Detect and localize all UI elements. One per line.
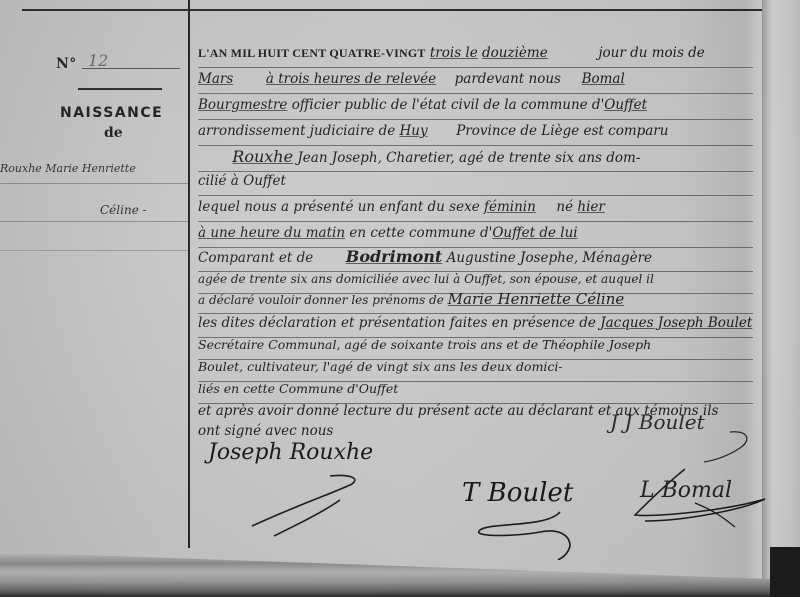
month-fill: Mars (198, 71, 233, 87)
commune-label: en cette commune d' (349, 225, 492, 241)
printed-year-prefix: L'AN MIL HUIT CENT QUATRE-VINGT (198, 46, 426, 60)
commune-fill: Ouffet (604, 97, 647, 113)
witness-domicile: liés en cette Commune d'Ouffet (198, 381, 398, 396)
act-line-3: Bourgmestre officier public de l'état ci… (198, 94, 753, 120)
naissance-de: de (104, 125, 123, 141)
declarant-details: Jean Joseph, Charetier, agé de trente si… (297, 150, 640, 166)
province-label: Province de Liège est comparu (456, 123, 668, 139)
act-line-6: cilié à Ouffet (198, 170, 753, 196)
birth-time-fill: à une heure du matin (198, 225, 345, 241)
born-label: né (556, 199, 573, 215)
year-fill: trois le (430, 45, 478, 61)
signature-flourish (625, 465, 775, 530)
month-label: jour du mois de (598, 45, 704, 61)
entry-number-value: 12 (82, 51, 180, 69)
witness-1-name: Jacques Joseph Boulet (600, 315, 752, 331)
witnesses-label: les dites déclaration et présentation fa… (198, 315, 596, 331)
arrondissement-fill: Huy (400, 123, 428, 139)
mother-domicile: agée de trente six ans domiciliée avec l… (198, 272, 654, 286)
act-line-7: lequel nous a présenté un enfant du sexe… (198, 196, 753, 222)
entry-number-label: N° (56, 56, 77, 72)
document-page: N° 12 NAISSANCE de Rouxhe Marie Henriett… (0, 0, 800, 597)
act-line-1: L'AN MIL HUIT CENT QUATRE-VINGT trois le… (198, 42, 753, 68)
signature-flourish (240, 470, 380, 540)
margin-child-name-2: Céline - (100, 203, 147, 217)
presented-label: lequel nous a présenté un enfant du sexe (198, 199, 480, 215)
act-line-4: arrondissement judiciaire de Huy Provinc… (198, 120, 753, 146)
witness-2-details: Boulet, cultivateur, l'agé de vingt six … (198, 359, 563, 374)
signature-witness-2: T Boulet (462, 478, 573, 508)
day-fill: douzième (482, 45, 548, 61)
officer-label: officier public de l'état civil de la co… (292, 97, 605, 113)
mother-surname: Bodrimont (346, 247, 443, 266)
pardevant-label: pardevant nous (455, 71, 561, 87)
witness-details: Secrétaire Communal, agé de soixante tro… (198, 337, 651, 352)
officer-title-fill: Bourgmestre (198, 97, 287, 113)
margin-child-name: Rouxhe Marie Henriette (0, 162, 136, 175)
act-line-2: Mars à trois heures de relevée pardevant… (198, 68, 753, 94)
naissance-heading: NAISSANCE (60, 105, 163, 121)
declarant-domicile: cilié à Ouffet (198, 173, 286, 189)
margin-rule (0, 250, 188, 251)
signed-with-us: ont signé avec nous (198, 423, 333, 439)
officer-name-fill: Bomal (582, 71, 625, 87)
mother-details: Augustine Josephe, Ménagère (447, 250, 652, 266)
declarant-surname: Rouxhe (232, 147, 293, 166)
act-line-5: Rouxhe Jean Joseph, Charetier, agé de tr… (198, 146, 753, 172)
act-line-8: à une heure du matin en cette commune d'… (198, 222, 753, 248)
signature-declarant: Joseph Rouxhe (208, 440, 373, 465)
margin-rule (0, 221, 188, 222)
margin-column-rule (188, 0, 190, 548)
signature-flourish (700, 428, 760, 468)
top-rule (22, 9, 762, 11)
signature-flourish (450, 510, 590, 560)
act-line-11: a déclaré vouloir donner les prénoms de … (198, 288, 753, 314)
book-cover-corner (770, 547, 800, 597)
given-names-label: a déclaré vouloir donner les prénoms de (198, 293, 444, 307)
sex-fill: féminin (484, 199, 536, 215)
birth-commune-fill: Ouffet de lui (492, 225, 577, 241)
signature-witness-1: J J Boulet (610, 410, 705, 434)
hour-fill: à trois heures de relevée (266, 71, 436, 87)
margin-rule (0, 183, 188, 184)
born-when-fill: hier (577, 199, 604, 215)
and-of-label: Comparant et de (198, 250, 313, 266)
given-names-fill: Marie Henriette Céline (448, 290, 625, 308)
book-bottom-edge (0, 552, 770, 597)
arrondissement-label: arrondissement judiciaire de (198, 123, 395, 139)
margin-short-rule (78, 88, 162, 90)
